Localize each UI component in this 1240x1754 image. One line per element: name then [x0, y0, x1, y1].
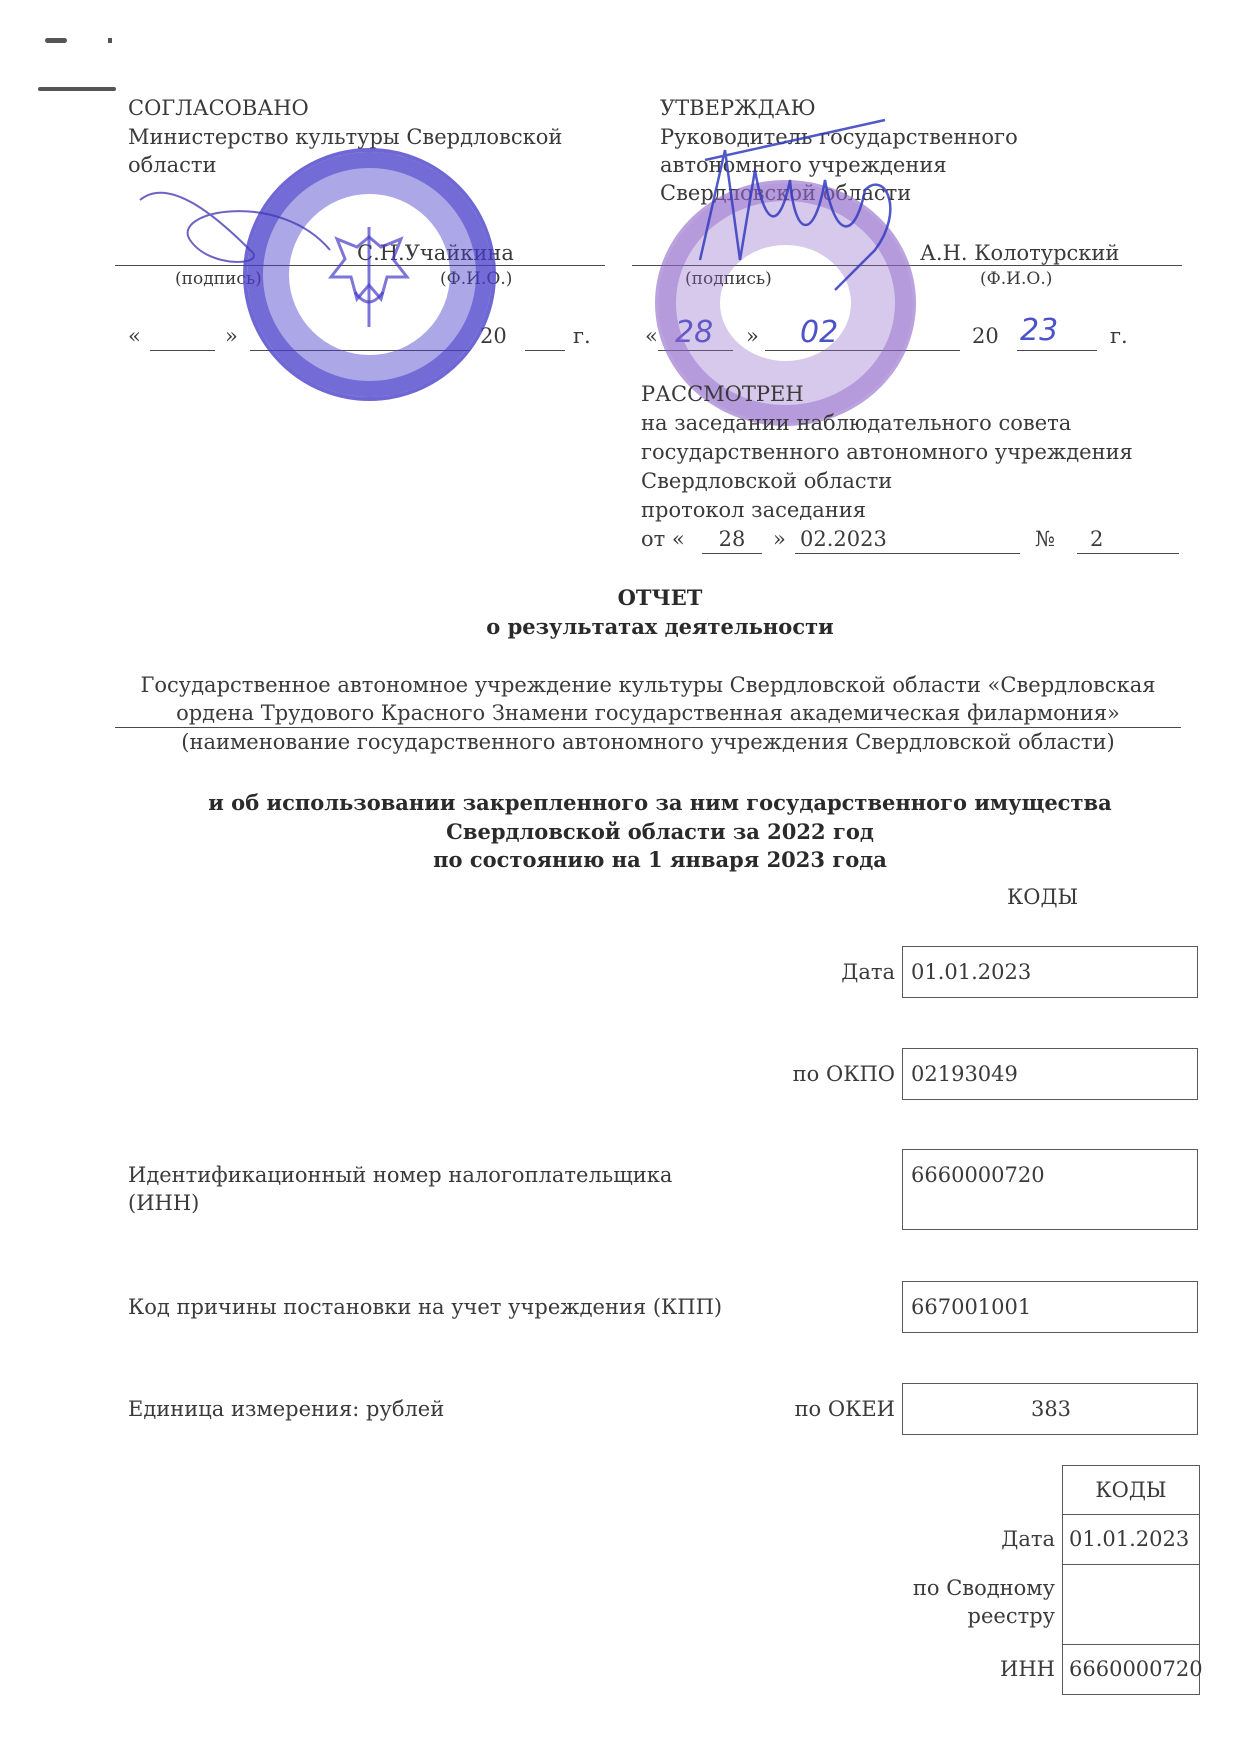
okei-code-field[interactable]: 383: [902, 1383, 1198, 1435]
inn-code-field[interactable]: 6660000720: [902, 1149, 1198, 1230]
scan-artifact: [38, 87, 116, 91]
protocol-day: 28: [702, 525, 762, 553]
date-close-quote: »: [225, 322, 238, 350]
handwritten-month: 02: [800, 318, 838, 348]
inn-label-line2: (ИНН): [128, 1189, 199, 1217]
protocol-from-label: от «: [641, 525, 685, 553]
codes-table-header-cell: КОДЫ: [1062, 1465, 1200, 1515]
protocol-close-quote: »: [773, 525, 786, 553]
protocol-number: 2: [1090, 525, 1103, 553]
name-caption: (Ф.И.О.): [440, 268, 512, 290]
review-heading: РАССМОТРЕН: [641, 380, 804, 408]
subtitle-line1: и об использовании закрепленного за ним …: [0, 789, 1240, 817]
subtitle-line3: по состоянию на 1 января 2023 года: [0, 846, 1240, 874]
inn-code-value: 6660000720: [911, 1161, 1045, 1189]
institution-name-line1: Государственное автономное учреждение ку…: [115, 671, 1181, 699]
okei-code-value: 383: [903, 1395, 1199, 1423]
year-prefix: 20: [972, 322, 999, 350]
table-date-field[interactable]: 01.01.2023: [1062, 1514, 1200, 1565]
table-inn-value: 6660000720: [1069, 1655, 1203, 1683]
table-date-value: 01.01.2023: [1069, 1525, 1189, 1553]
year-suffix: г.: [573, 322, 591, 350]
protocol-date-line: [795, 553, 1020, 554]
review-line2: государственного автономного учреждения: [641, 438, 1133, 466]
name-caption: (Ф.И.О.): [980, 268, 1052, 290]
scan-artifact: [45, 38, 67, 43]
handwritten-year: 23: [1020, 316, 1058, 346]
unit-label: Единица измерения: рублей: [128, 1395, 444, 1423]
report-title: ОТЧЕТ: [0, 584, 1240, 612]
protocol-number-line: [1077, 553, 1179, 554]
approval-left-name: С.Н.Учайкина: [357, 239, 514, 267]
signature-scribble-icon: [130, 180, 370, 275]
approval-left-line1: Министерство культуры Свердловской: [128, 123, 562, 151]
year-prefix: 20: [480, 322, 507, 350]
signature-scribble-icon: [685, 110, 925, 300]
scan-artifact: [108, 38, 112, 43]
kpp-label: Код причины постановки на учет учреждени…: [128, 1293, 722, 1321]
table-registry-label-line1: по Сводному: [880, 1574, 1055, 1602]
date-open-quote: «: [645, 322, 658, 350]
subtitle-line2: Свердловской области за 2022 год: [0, 818, 1240, 846]
okpo-code-value: 02193049: [911, 1060, 1018, 1088]
table-registry-field[interactable]: [1062, 1564, 1200, 1645]
year-blank-line[interactable]: [525, 350, 565, 351]
date-close-quote: »: [746, 322, 759, 350]
okei-label: по ОКЕИ: [760, 1395, 895, 1423]
review-line4: протокол заседания: [641, 496, 866, 524]
protocol-number-label: №: [1035, 525, 1055, 553]
inn-label-line1: Идентификационный номер налогоплательщик…: [128, 1161, 672, 1189]
review-line1: на заседании наблюдательного совета: [641, 409, 1071, 437]
year-line: [1017, 350, 1097, 351]
codes-table-header: КОДЫ: [1063, 1476, 1199, 1504]
table-inn-field[interactable]: 6660000720: [1062, 1644, 1200, 1695]
handwritten-day: 28: [675, 318, 713, 348]
month-blank-line[interactable]: [250, 350, 470, 351]
approval-right-name: А.Н. Колотурский: [920, 239, 1119, 267]
day-blank-line[interactable]: [150, 350, 215, 351]
protocol-day-line: [702, 553, 762, 554]
month-line: [765, 350, 960, 351]
institution-caption: (наименование государственного автономно…: [115, 728, 1181, 756]
day-line: [658, 350, 733, 351]
codes-header: КОДЫ: [1007, 883, 1078, 911]
report-subtitle: о результатах деятельности: [0, 613, 1240, 641]
kpp-code-field[interactable]: 667001001: [902, 1281, 1198, 1333]
okpo-code-field[interactable]: 02193049: [902, 1048, 1198, 1100]
year-suffix: г.: [1110, 322, 1128, 350]
protocol-date: 02.2023: [800, 525, 887, 553]
date-code-field[interactable]: 01.01.2023: [902, 946, 1198, 998]
table-inn-label: ИНН: [900, 1655, 1055, 1683]
approval-left-heading: СОГЛАСОВАНО: [128, 94, 309, 122]
review-line3: Свердловской области: [641, 467, 892, 495]
approval-left-line2: области: [128, 151, 217, 179]
date-code-value: 01.01.2023: [911, 958, 1031, 986]
date-label: Дата: [780, 958, 895, 986]
kpp-code-value: 667001001: [911, 1293, 1031, 1321]
institution-name-line2: ордена Трудового Красного Знамени госуда…: [115, 699, 1181, 727]
okpo-label: по ОКПО: [740, 1060, 895, 1088]
date-open-quote: «: [128, 322, 141, 350]
table-date-label: Дата: [900, 1525, 1055, 1553]
table-registry-label-line2: реестру: [880, 1602, 1055, 1630]
